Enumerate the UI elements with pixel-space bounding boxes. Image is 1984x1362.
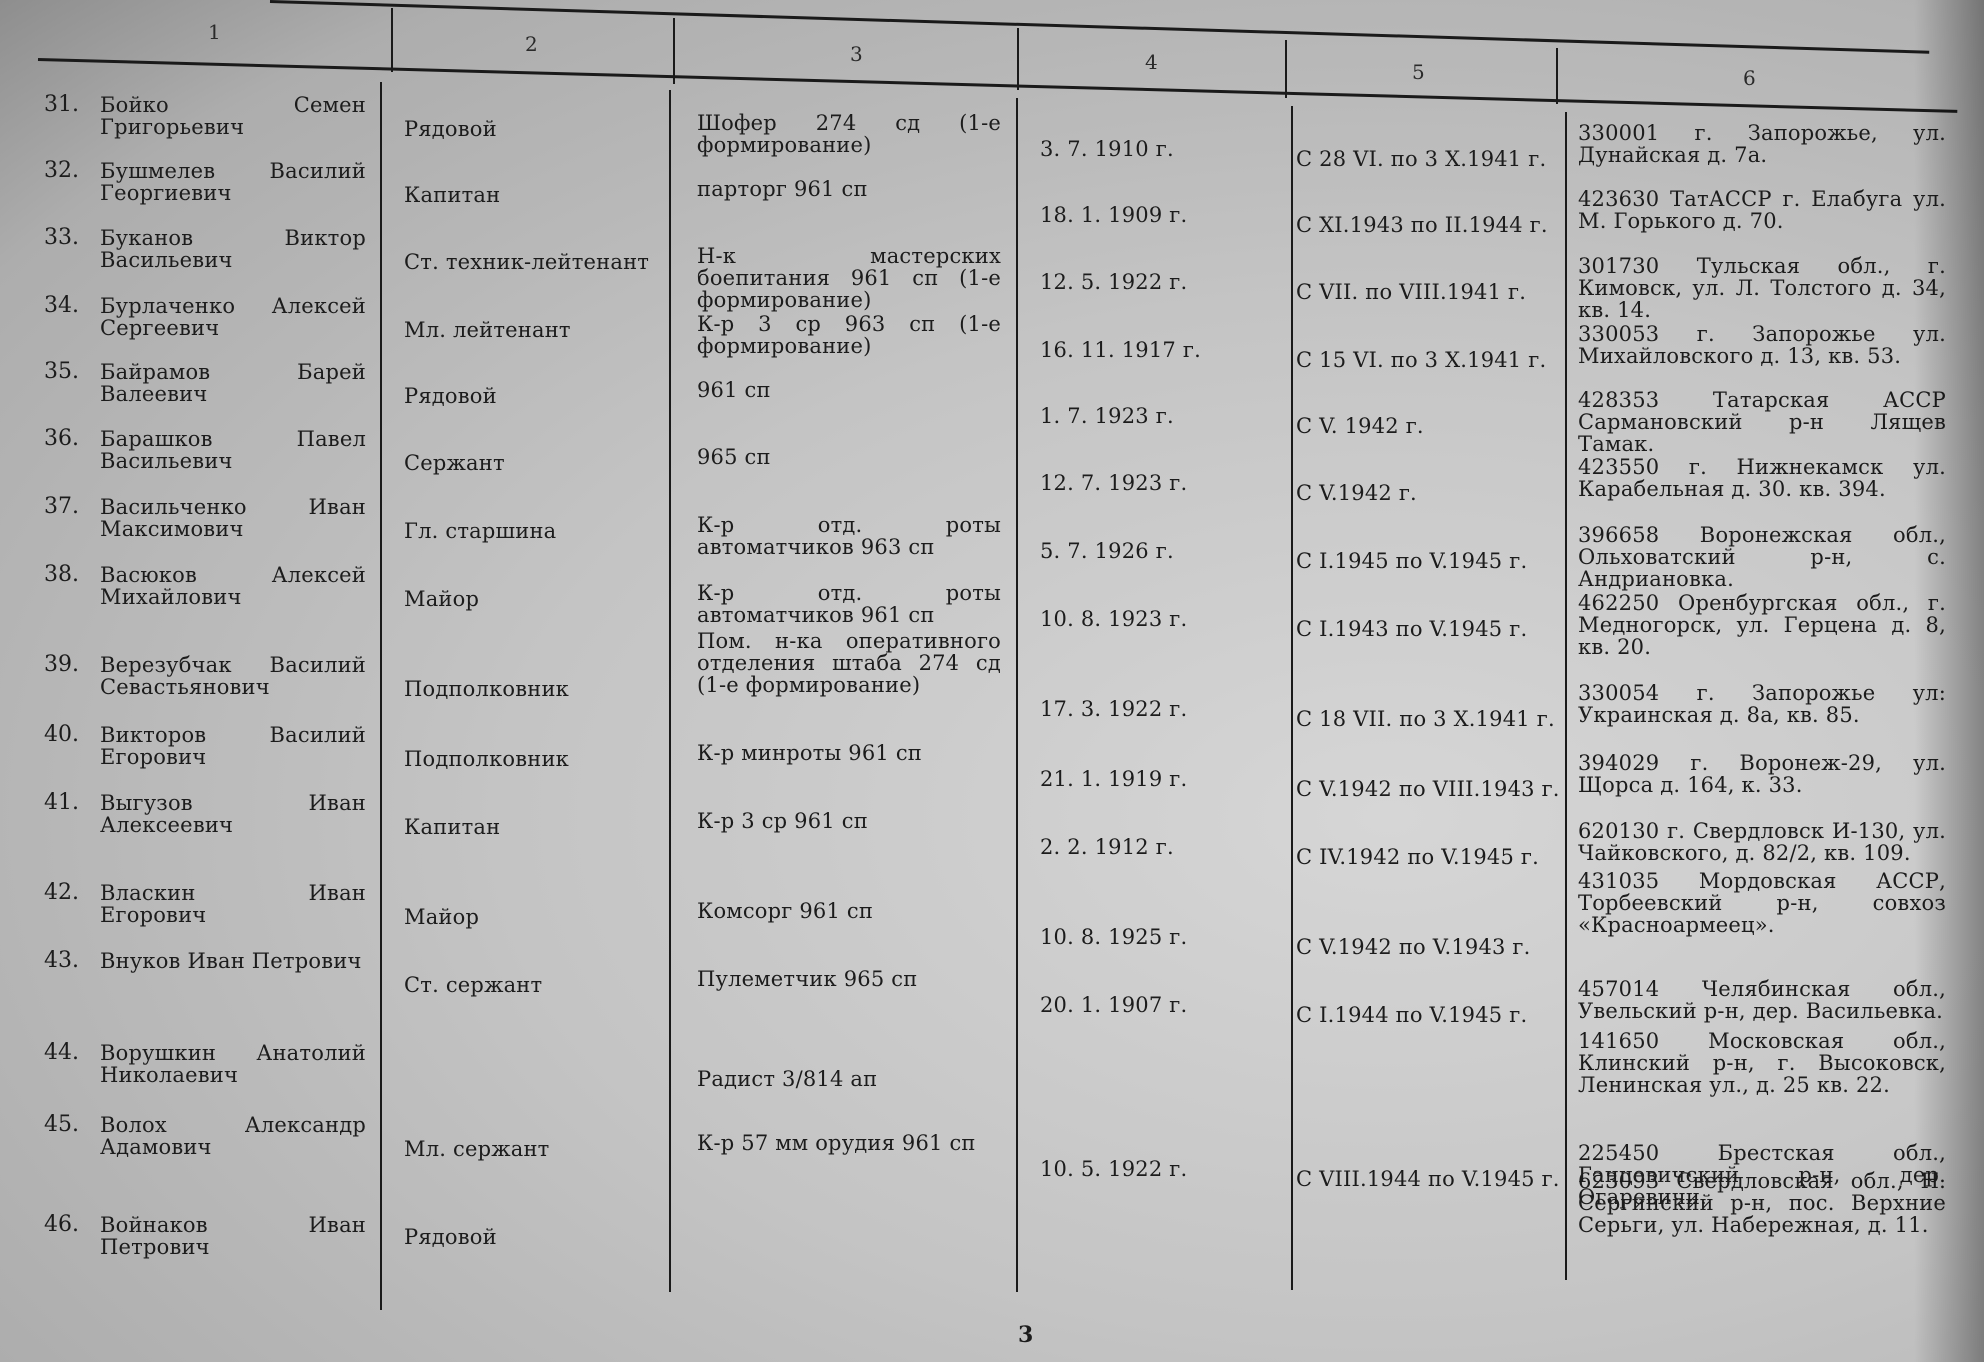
service-period: С V.1942 по V.1943 г.: [1296, 936, 1562, 958]
military-rank: Мл. лейтенант: [404, 319, 664, 341]
full-name: Байрамов Барей Валеевич: [100, 361, 366, 405]
service-period: С VII. по VIII.1941 г.: [1296, 281, 1562, 303]
full-name: Верезубчак Василий Севастьянович: [100, 654, 366, 698]
unit-position: К-р отд. роты автоматчиков 961 сп: [697, 582, 1001, 626]
full-name: Выгузов Иван Алексеевич: [100, 792, 366, 836]
service-period: С VIII.1944 по V.1945 г.: [1296, 1168, 1562, 1190]
address: 141650 Московская обл., Клинский р-н, г.…: [1578, 1030, 1946, 1096]
military-rank: Капитан: [404, 184, 664, 206]
header-divider: [1285, 40, 1287, 98]
military-rank: Рядовой: [404, 385, 664, 407]
row-number: 39.: [44, 652, 94, 677]
column-number: 2: [525, 32, 538, 56]
full-name: Бурлаченко Алексей Сергеевич: [100, 295, 366, 339]
address: 423630 ТатАССР г. Елабуга ул. М. Горьког…: [1578, 188, 1946, 232]
military-rank: Капитан: [404, 816, 664, 838]
birth-date: 21. 1. 1919 г.: [1040, 768, 1280, 790]
service-period: С IV.1942 по V.1945 г.: [1296, 846, 1562, 868]
unit-position: Комсорг 961 сп: [697, 900, 1001, 922]
service-period: С V.1942 г.: [1296, 482, 1562, 504]
column-number: 3: [850, 42, 863, 66]
row-number: 45.: [44, 1112, 94, 1137]
address: 431035 Мордовская АССР, Торбеевский р-н,…: [1578, 870, 1946, 936]
row-number: 43.: [44, 948, 94, 973]
full-name: Викторов Василий Егорович: [100, 724, 366, 768]
address: 462250 Оренбургская обл., г. Медногорск,…: [1578, 592, 1946, 658]
row-number: 32.: [44, 158, 94, 183]
birth-date: 2. 2. 1912 г.: [1040, 836, 1280, 858]
birth-date: 18. 1. 1909 г.: [1040, 204, 1280, 226]
military-rank: Майор: [404, 588, 664, 610]
service-period: С 28 VI. по 3 X.1941 г.: [1296, 148, 1562, 170]
unit-position: К-р отд. роты автоматчиков 963 сп: [697, 514, 1001, 558]
full-name: Бушмелев Василий Георгиевич: [100, 160, 366, 204]
full-name: Бойко Семен Григорьевич: [100, 94, 366, 138]
column-divider: [669, 90, 671, 1292]
row-number: 40.: [44, 722, 94, 747]
unit-position: Радист 3/814 ап: [697, 1068, 1001, 1090]
military-rank: Рядовой: [404, 1226, 664, 1248]
page-number: 3: [1018, 1322, 1033, 1348]
military-rank: Подполковник: [404, 678, 664, 700]
military-rank: Ст. сержант: [404, 974, 664, 996]
full-name: Волох Александр Адамович: [100, 1114, 366, 1158]
row-number: 42.: [44, 880, 94, 905]
birth-date: 5. 7. 1926 г.: [1040, 540, 1280, 562]
military-rank: Мл. сержант: [404, 1138, 664, 1160]
unit-position: Н-к мастерских боепитания 961 сп (1-е фо…: [697, 245, 1001, 311]
row-number: 44.: [44, 1040, 94, 1065]
table-top-rule: [270, 0, 1929, 54]
row-number: 34.: [44, 293, 94, 318]
address: 428353 Татарская АССР Сармановский р-н Л…: [1578, 389, 1946, 455]
address: 457014 Челябинская обл., Увельский р-н, …: [1578, 978, 1946, 1022]
full-name: Васюков Алексей Михайлович: [100, 564, 366, 608]
service-period: С V.1942 по VIII.1943 г.: [1296, 778, 1562, 800]
row-number: 33.: [44, 225, 94, 250]
address: 623093 Свердловская обл., Н. Сергинский …: [1578, 1170, 1946, 1236]
address: 396658 Воронежская обл., Ольховатский р-…: [1578, 524, 1946, 590]
service-period: С XI.1943 по II.1944 г.: [1296, 214, 1562, 236]
unit-position: Пом. н-ка оперативного отделения штаба 2…: [697, 630, 1001, 696]
address: 330053 г. Запорожье ул. Михайловского д.…: [1578, 323, 1946, 367]
header-divider: [1556, 48, 1558, 104]
birth-date: 12. 7. 1923 г.: [1040, 472, 1280, 494]
page-edge-shadow: [1914, 0, 1984, 1362]
header-divider: [391, 8, 393, 72]
unit-position: К-р 57 мм орудия 961 сп: [697, 1132, 1001, 1154]
military-rank: Ст. техник-лейтенант: [404, 251, 664, 273]
address: 330054 г. Запорожье ул: Украинская д. 8а…: [1578, 682, 1946, 726]
military-rank: Майор: [404, 906, 664, 928]
address: 394029 г. Воронеж-29, ул. Щорса д. 164, …: [1578, 752, 1946, 796]
row-number: 35.: [44, 359, 94, 384]
column-number: 4: [1145, 50, 1158, 74]
column-divider: [1291, 106, 1293, 1290]
row-number: 31.: [44, 92, 94, 117]
military-rank: Рядовой: [404, 118, 664, 140]
service-period: С 15 VI. по 3 X.1941 г.: [1296, 349, 1562, 371]
birth-date: 20. 1. 1907 г.: [1040, 994, 1280, 1016]
birth-date: 3. 7. 1910 г.: [1040, 138, 1280, 160]
header-divider: [1017, 28, 1019, 90]
birth-date: 12. 5. 1922 г.: [1040, 271, 1280, 293]
birth-date: 1. 7. 1923 г.: [1040, 405, 1280, 427]
unit-position: К-р минроты 961 сп: [697, 742, 1001, 764]
unit-position: парторг 961 сп: [697, 178, 1001, 200]
row-number: 37.: [44, 494, 94, 519]
address: 330001 г. Запорожье, ул. Дунайская д. 7а…: [1578, 122, 1946, 166]
full-name: Буканов Виктор Васильевич: [100, 227, 366, 271]
row-number: 36.: [44, 426, 94, 451]
row-number: 41.: [44, 790, 94, 815]
military-rank: Подполковник: [404, 748, 664, 770]
header-divider: [673, 18, 675, 84]
full-name: Власкин Иван Егорович: [100, 882, 366, 926]
unit-position: 961 сп: [697, 379, 1001, 401]
unit-position: 965 сп: [697, 446, 1001, 468]
unit-position: К-р 3 ср 963 сп (1-е формирование): [697, 313, 1001, 357]
column-divider: [1565, 112, 1567, 1280]
service-period: С I.1943 по V.1945 г.: [1296, 618, 1562, 640]
birth-date: 17. 3. 1922 г.: [1040, 698, 1280, 720]
row-number: 38.: [44, 562, 94, 587]
unit-position: К-р 3 ср 961 сп: [697, 810, 1001, 832]
service-period: С V. 1942 г.: [1296, 415, 1562, 437]
unit-position: Шофер 274 сд (1-е формирование): [697, 112, 1001, 156]
column-number: 6: [1743, 66, 1756, 90]
birth-date: 10. 5. 1922 г.: [1040, 1158, 1280, 1180]
birth-date: 10. 8. 1923 г.: [1040, 608, 1280, 630]
birth-date: 10. 8. 1925 г.: [1040, 926, 1280, 948]
military-rank: Гл. старшина: [404, 520, 664, 542]
full-name: Войнаков Иван Петрович: [100, 1214, 366, 1258]
full-name: Ворушкин Анатолий Николаевич: [100, 1042, 366, 1086]
column-number: 5: [1412, 60, 1425, 84]
full-name: Внуков Иван Петрович: [100, 950, 366, 972]
column-divider: [380, 82, 382, 1310]
address: 423550 г. Нижнекамск ул. Карабельная д. …: [1578, 456, 1946, 500]
service-period: С 18 VII. по 3 X.1941 г.: [1296, 708, 1562, 730]
column-divider: [1016, 98, 1018, 1292]
birth-date: 16. 11. 1917 г.: [1040, 339, 1280, 361]
service-period: С I.1945 по V.1945 г.: [1296, 550, 1562, 572]
military-rank: Сержант: [404, 452, 664, 474]
full-name: Васильченко Иван Максимович: [100, 496, 366, 540]
full-name: Барашков Павел Васильевич: [100, 428, 366, 472]
scanned-document-page: 1 2 3 4 5 6 31.Бойко Семен ГригорьевичРя…: [0, 0, 1984, 1362]
unit-position: Пулеметчик 965 сп: [697, 968, 1001, 990]
address: 301730 Тульская обл., г. Кимовск, ул. Л.…: [1578, 255, 1946, 321]
service-period: С I.1944 по V.1945 г.: [1296, 1004, 1562, 1026]
row-number: 46.: [44, 1212, 94, 1237]
address: 620130 г. Свердловск И-130, ул. Чайковск…: [1578, 820, 1946, 864]
column-number: 1: [208, 20, 221, 44]
